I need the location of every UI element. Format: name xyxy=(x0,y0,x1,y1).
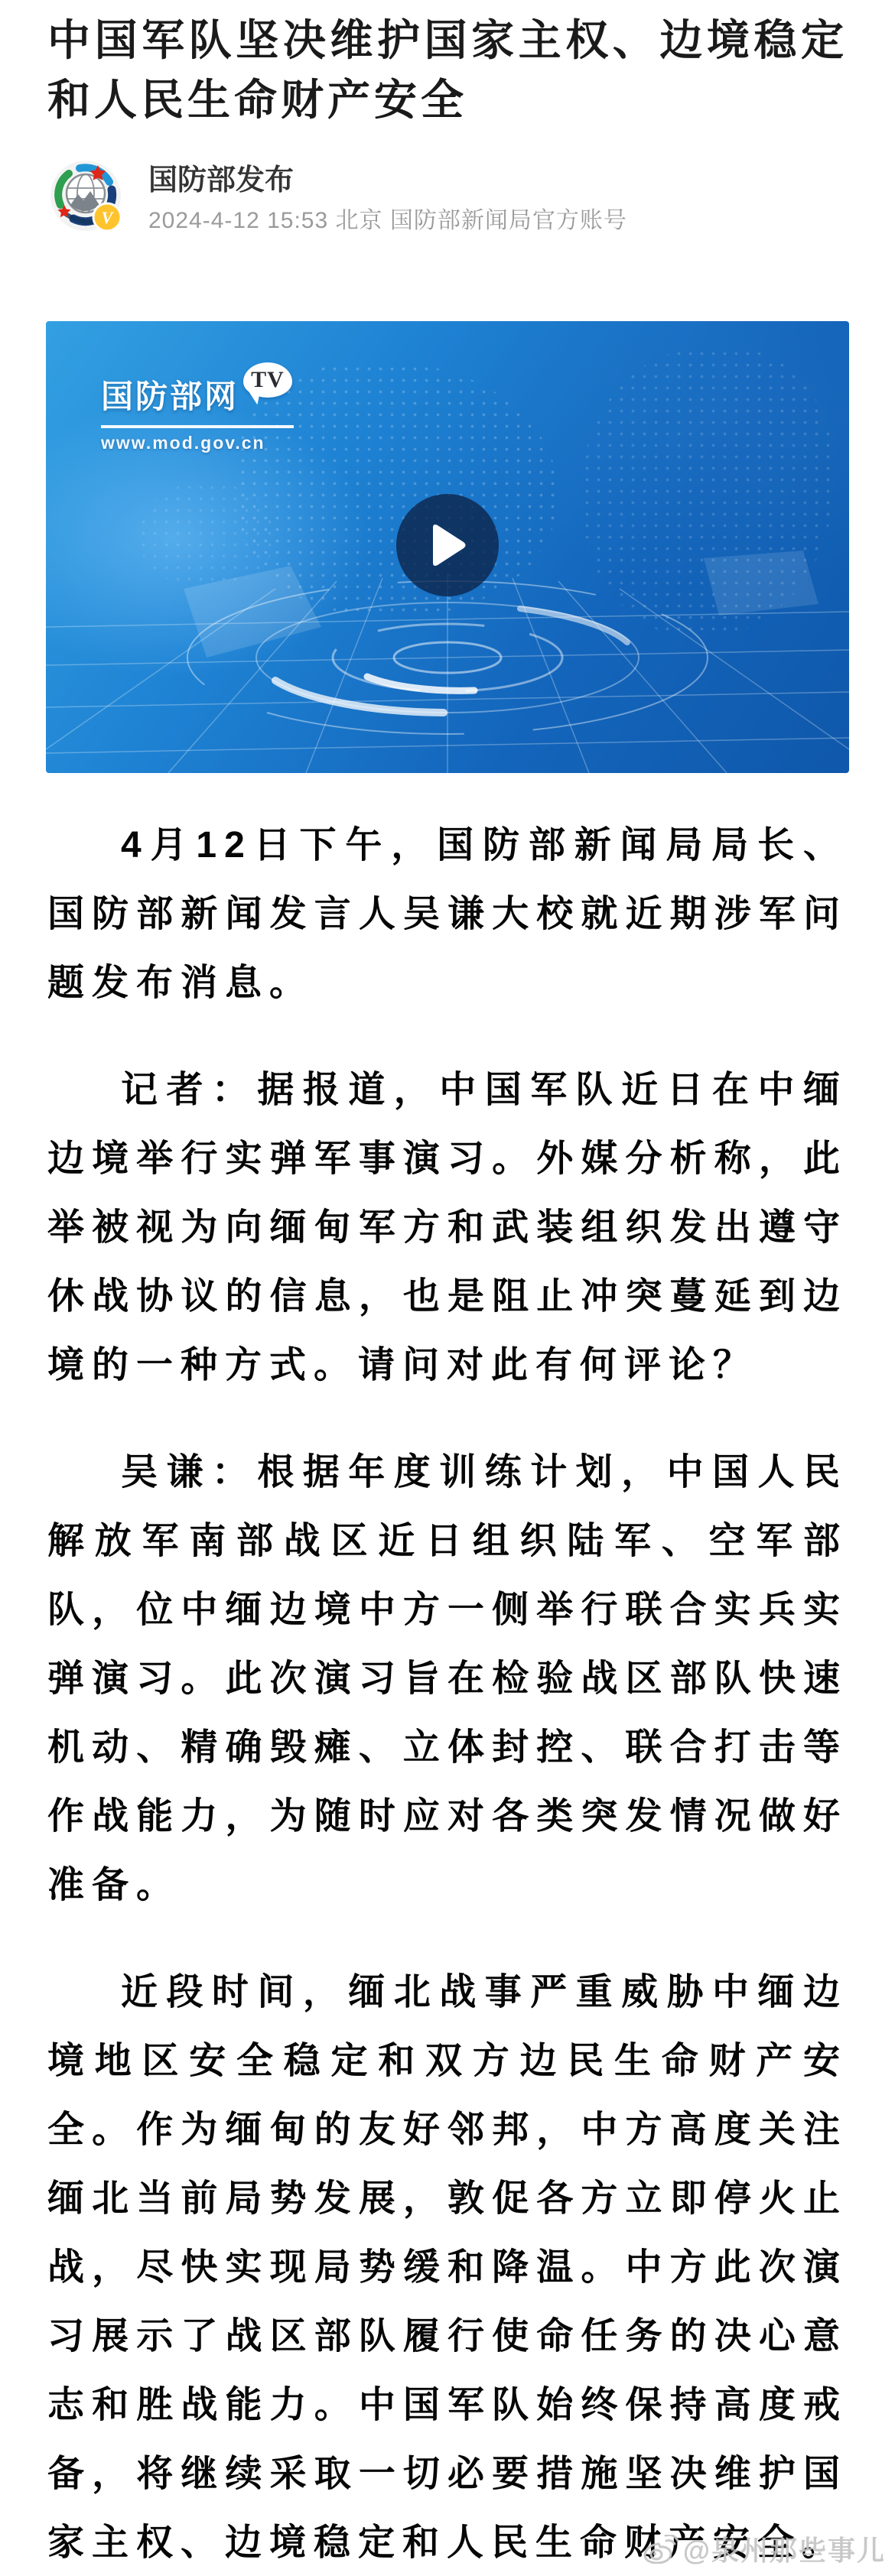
paragraph: 近段时间，缅北战事严重威胁中缅边境地区安全稳定和双方边民生命财产安全。作为缅甸的… xyxy=(47,1958,848,2576)
video-player[interactable]: 国防部网 TV www.mod.gov.cn xyxy=(46,321,849,773)
channel-logo-text: 国防部网 xyxy=(101,372,239,417)
post-meta: 2024-4-12 15:53 北京 国防部新闻局官方账号 xyxy=(148,205,627,237)
play-button[interactable] xyxy=(396,494,499,596)
post-title: 中国军队坚决维护国家主权、边境稳定和人民生命财产安全 xyxy=(0,0,895,130)
play-icon xyxy=(425,521,470,569)
weibo-post-page: 中国军队坚决维护国家主权、边境稳定和人民生命财产安全 xyxy=(0,0,895,2576)
channel-logo-url: www.mod.gov.cn xyxy=(101,425,294,453)
author-text: 国防部发布 2024-4-12 15:53 北京 国防部新闻局官方账号 xyxy=(148,161,627,237)
author-row: V 国防部发布 2024-4-12 15:53 北京 国防部新闻局官方账号 xyxy=(50,161,848,237)
author-name[interactable]: 国防部发布 xyxy=(148,162,627,199)
video-channel-logo: 国防部网 TV www.mod.gov.cn xyxy=(101,372,294,453)
svg-text:V: V xyxy=(102,208,115,227)
paragraph: 4月12日下午，国防部新闻局局长、国防部新闻发言人吴谦大校就近期涉军问题发布消息… xyxy=(47,811,848,1018)
paragraph: 吴谦：根据年度训练计划，中国人民解放军南部战区近日组织陆军、空军部队，位中缅边境… xyxy=(47,1438,848,1920)
verified-badge: V xyxy=(92,202,122,232)
article-body: 4月12日下午，国防部新闻局局长、国防部新闻发言人吴谦大校就近期涉军问题发布消息… xyxy=(0,811,895,2576)
avatar[interactable]: V xyxy=(50,161,121,231)
tv-bubble-icon: TV xyxy=(243,362,292,398)
paragraph: 记者：据报道，中国军队近日在中缅边境举行实弹军事演习。外媒分析称，此举被视为向缅… xyxy=(47,1056,848,1400)
